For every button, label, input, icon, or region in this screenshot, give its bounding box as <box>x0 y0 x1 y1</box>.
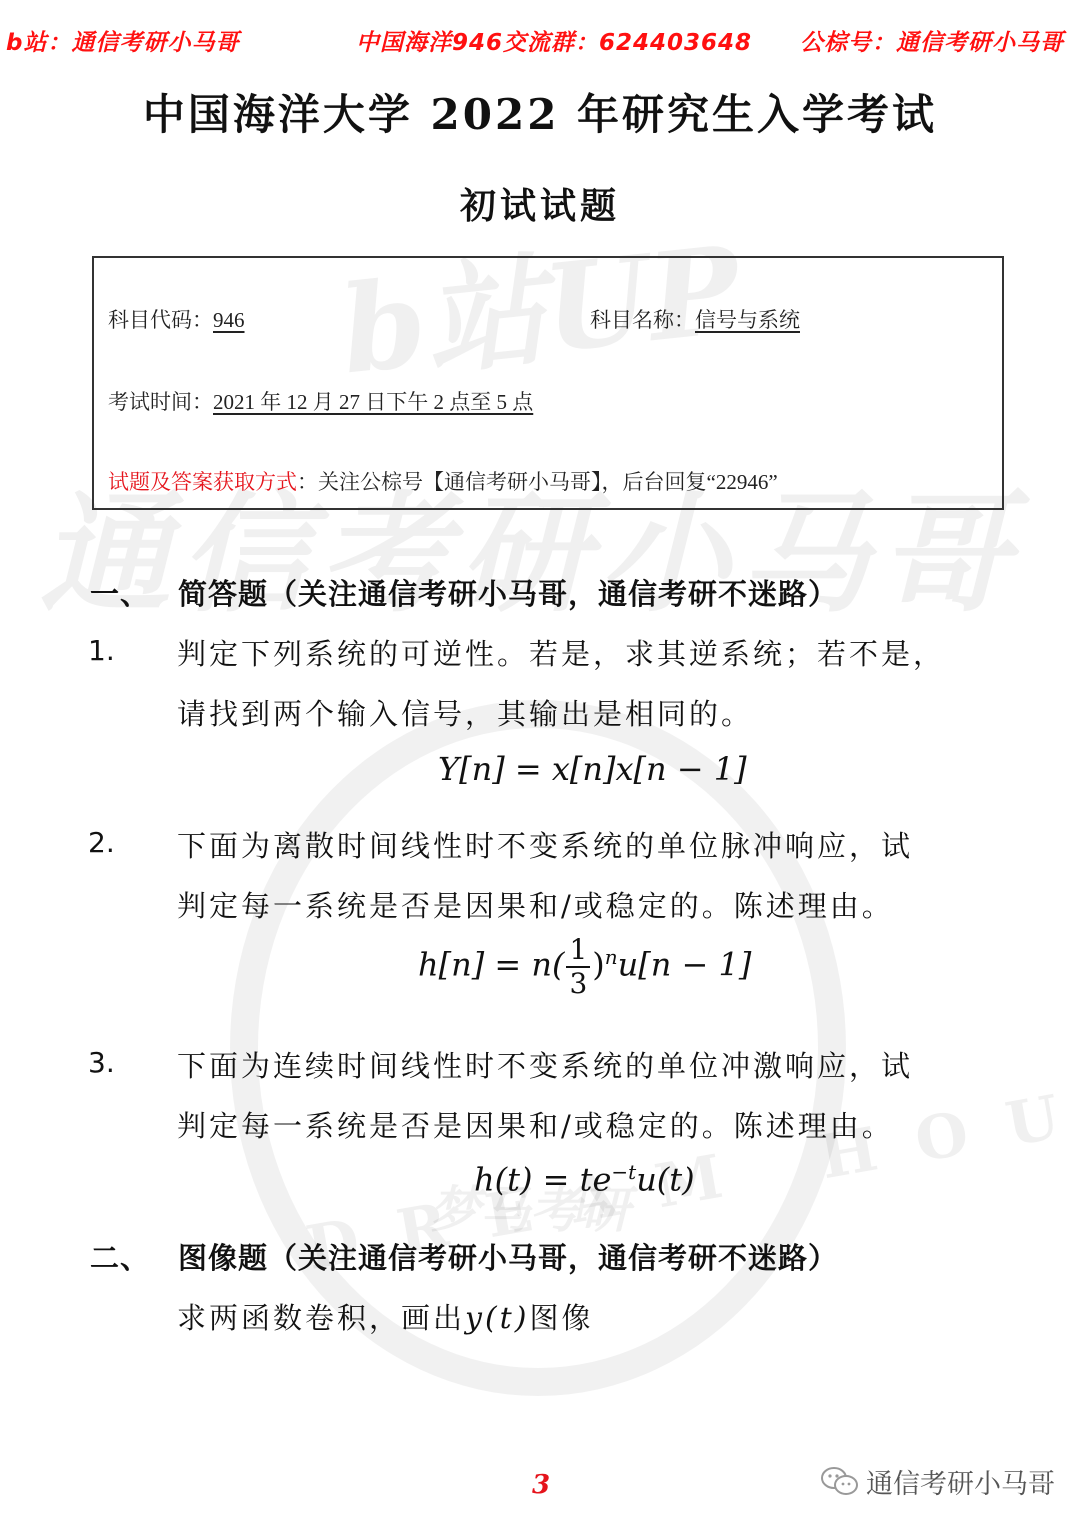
question-2-equation: h[n] = n(13)nu[n − 1] <box>418 936 751 998</box>
exam-time-label: 考试时间： <box>108 390 213 414</box>
question-3-number: 3. <box>88 1046 115 1079</box>
subject-name-label: 科目名称： <box>590 308 695 332</box>
eq2-numerator: 1 <box>566 936 590 968</box>
section-2-title: 图像题（关注通信考研小马哥，通信考研不迷路） <box>178 1241 838 1275</box>
subject-name-value: 信号与系统 <box>695 308 800 332</box>
question-1-line-1: 判定下列系统的可逆性。若是，求其逆系统；若不是， <box>177 632 945 673</box>
eq2-exponent: n <box>605 945 618 969</box>
question-1-number: 1. <box>88 634 115 667</box>
eq3-lhs: h(t) = te <box>474 1161 611 1199</box>
banner-qq-group: 中国海洋946交流群：624403648 <box>356 24 752 57</box>
question-3-line-2: 判定每一系统是否是因果和/或稳定的。陈述理由。 <box>177 1104 894 1145</box>
eq2-lhs: h[n] = n( <box>418 946 564 984</box>
exam-time-value: 2021 年 12 月 27 日下午 2 点至 5 点 <box>213 390 533 414</box>
question-3-line-1: 下面为连续时间线性时不变系统的单位冲激响应，试 <box>177 1044 913 1085</box>
page-number: 3 <box>532 1470 550 1500</box>
header-banner: b站：通信考研小马哥 中国海洋946交流群：624403648 公棕号：通信考研… <box>0 18 1080 58</box>
wechat-account-badge: 通信考研小马哥 <box>820 1462 1055 1505</box>
section-1-heading: 一、简答题（关注通信考研小马哥，通信考研不迷路） <box>90 572 838 613</box>
eq2-fraction: 13 <box>566 936 590 998</box>
question-3-equation: h(t) = te−tu(t) <box>474 1160 695 1199</box>
wechat-icon <box>820 1466 860 1505</box>
wechat-account-name: 通信考研小马哥 <box>866 1469 1055 1500</box>
subject-name: 科目名称：信号与系统 <box>590 304 800 334</box>
eq3-exponent: −t <box>611 1160 636 1184</box>
subject-code: 科目代码：946 <box>108 304 245 334</box>
eq2-close-paren: ) <box>592 946 604 984</box>
eq2-denominator: 3 <box>566 968 590 998</box>
question-1-equation: Y[n] = x[n]x[n − 1] <box>438 750 747 788</box>
exam-info-box: 科目代码：946 科目名称：信号与系统 考试时间：2021 年 12 月 27 … <box>92 256 1004 510</box>
document-subtitle: 初试试题 <box>0 178 1080 229</box>
answer-access: 试题及答案获取方式：关注公棕号【通信考研小马哥】，后台回复“22946” <box>108 466 778 496</box>
section-1-number: 一、 <box>90 572 178 613</box>
eq2-rhs: u[n − 1] <box>618 946 752 984</box>
question-2-number: 2. <box>88 826 115 859</box>
section-2-text-suffix: 图像 <box>529 1301 593 1335</box>
section-2-math: y(t) <box>465 1301 529 1336</box>
question-2-line-2: 判定每一系统是否是因果和/或稳定的。陈述理由。 <box>177 884 894 925</box>
exam-time: 考试时间：2021 年 12 月 27 日下午 2 点至 5 点 <box>108 386 533 416</box>
section-2-text-prefix: 求两函数卷积，画出 <box>177 1301 465 1335</box>
section-2-number: 二、 <box>90 1236 178 1277</box>
answer-access-text: ：关注公棕号【通信考研小马哥】，后台回复“22946” <box>297 470 778 494</box>
subject-code-value: 946 <box>213 308 245 332</box>
eq3-rhs: u(t) <box>636 1161 694 1199</box>
section-1-title: 简答题（关注通信考研小马哥，通信考研不迷路） <box>178 577 838 611</box>
question-1-line-2: 请找到两个输入信号，其输出是相同的。 <box>177 692 753 733</box>
subject-code-label: 科目代码： <box>108 308 213 332</box>
banner-wechat: 公棕号：通信考研小马哥 <box>800 24 1064 57</box>
section-2-heading: 二、图像题（关注通信考研小马哥，通信考研不迷路） <box>90 1236 838 1277</box>
section-2-instruction: 求两函数卷积，画出y(t)图像 <box>177 1296 593 1337</box>
document-title: 中国海洋大学 2022 年研究生入学考试 <box>0 82 1080 142</box>
answer-access-label: 试题及答案获取方式 <box>108 470 297 494</box>
banner-bilibili: b站：通信考研小马哥 <box>6 24 239 57</box>
question-2-line-1: 下面为离散时间线性时不变系统的单位脉冲响应，试 <box>177 824 913 865</box>
